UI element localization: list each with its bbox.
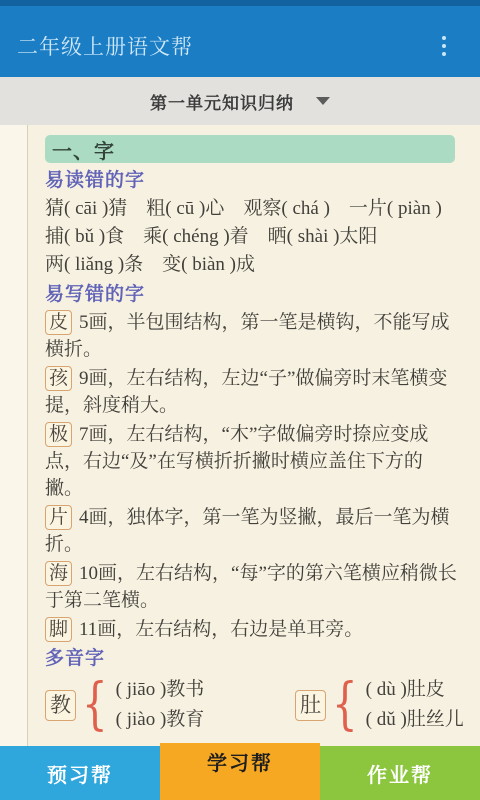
brace-glyph: { [332,677,358,733]
stroke-desc: 7画，左右结构，“木”字做偏旁时捺应变成点，右边“及”在写横折折撇时横应盖住下方… [45,424,428,499]
reading-line: ( dǔ )肚丝儿 [366,705,464,735]
tab-study-help[interactable]: 学习帮 [160,743,320,800]
chevron-down-icon [316,97,330,105]
stroke-desc: 10画，左右结构，“每”字的第六笔横应稍微长于第二笔横。 [45,563,457,611]
stroke-entry: 极7画，左右结构，“木”字做偏旁时捺应变成点，右边“及”在写横折折撇时横应盖住下… [45,421,460,502]
stroke-desc: 4画，独体字，第一笔为竖撇，最后一笔为横折。 [45,507,450,555]
app-bar: 二年级上册语文帮 [0,6,480,77]
polyphone-heading: 多音字 [45,648,460,670]
readings: ( dù )肚皮 ( dǔ )肚丝儿 [366,675,464,735]
readings: ( jiāo )教书 ( jiào )教育 [116,675,205,735]
reading-line: ( jiào )教育 [116,705,205,735]
tab-homework-help[interactable]: 作业帮 [320,746,480,800]
reading-line: ( jiāo )教书 [116,675,205,705]
stroke-entry: 海10画，左右结构，“每”字的第六笔横应稍微长于第二笔横。 [45,560,460,614]
boxed-character: 脚 [45,617,72,642]
misread-line: 捕( bǔ )食 乘( chéng )着 晒( shài )太阳 [45,223,460,251]
boxed-character: 皮 [45,310,72,335]
misread-line: 猜( cāi )猜 粗( cū )心 观察( chá ) 一片( piàn ) [45,195,460,223]
boxed-character: 孩 [45,366,72,391]
stroke-desc: 11画，左右结构，右边是单耳旁。 [79,619,363,640]
boxed-character: 片 [45,505,72,530]
section-banner: 一、字 [45,135,455,163]
stroke-desc: 9画，左右结构，左边“子”做偏旁时末笔横变提，斜度稍大。 [45,368,447,416]
app-screen: 二年级上册语文帮 第一单元知识归纳 一、字 易读错的字 猜( cāi )猜 粗(… [0,0,480,800]
overflow-menu-icon[interactable] [424,22,464,70]
polyphone-item: 教 { ( jiāo )教书 ( jiào )教育 [45,673,295,737]
boxed-character: 肚 [295,690,326,721]
content-scroll-area[interactable]: 一、字 易读错的字 猜( cāi )猜 粗( cū )心 观察( chá ) 一… [0,125,480,800]
unit-selector[interactable]: 第一单元知识归纳 [0,77,480,125]
bottom-tab-bar: 预习帮 学习帮 作业帮 [0,743,480,800]
unit-selector-label: 第一单元知识归纳 [150,89,294,114]
boxed-character: 海 [45,561,72,586]
app-title: 二年级上册语文帮 [17,31,424,61]
stroke-desc: 5画，半包围结构，第一笔是横钩，不能写成横折。 [45,312,450,360]
stroke-entry: 脚11画，左右结构，右边是单耳旁。 [45,616,460,643]
misread-heading: 易读错的字 [45,170,460,192]
polyphone-item: 肚 { ( dù )肚皮 ( dǔ )肚丝儿 [295,673,474,737]
reading-line: ( dù )肚皮 [366,675,464,705]
miswrite-heading: 易写错的字 [45,284,460,306]
tab-preview-help[interactable]: 预习帮 [0,746,160,800]
boxed-character: 教 [45,690,76,721]
section-banner-text: 一、字 [52,135,115,164]
misread-line: 两( liǎng )条 变( biàn )成 [45,251,460,279]
stroke-entry: 皮5画，半包围结构，第一笔是横钩，不能写成横折。 [45,309,460,363]
boxed-character: 极 [45,422,72,447]
stroke-entry: 孩9画，左右结构，左边“子”做偏旁时末笔横变提，斜度稍大。 [45,365,460,419]
brace-glyph: { [82,677,108,733]
stroke-entry: 片4画，独体字，第一笔为竖撇，最后一笔为横折。 [45,504,460,558]
